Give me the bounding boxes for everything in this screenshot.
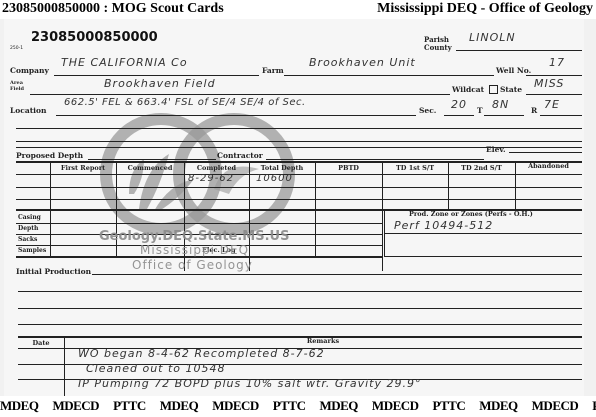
remark-row-3: IP Pumping 72 BOPD plus 10% salt wtr. Gr…	[78, 377, 421, 390]
company-value: THE CALIFORNIA Co	[61, 56, 188, 69]
col-td-2nd-st: TD 2nd S/T	[448, 164, 515, 172]
prod-zone-value: Perf 10494-512	[394, 219, 493, 232]
footer-item: MDECD	[52, 398, 99, 413]
r-value: 7E	[544, 98, 560, 111]
footer-item: PTTC	[113, 398, 146, 413]
col-td-1st-st: TD 1st S/T	[382, 164, 448, 172]
remark-row-1: WO began 8-4-62 Recompleted 8-7-62	[78, 347, 325, 360]
footer-item: MDEQ	[0, 398, 38, 413]
well-no-label: Well No.	[496, 66, 531, 75]
well-no-value: 17	[549, 56, 565, 69]
watermark-office: Office of Geology	[132, 258, 253, 272]
wildcat-checkbox	[489, 85, 498, 94]
sacks-label: Sacks	[18, 236, 37, 243]
contractor-label: Contractor	[217, 151, 263, 160]
company-label: Company	[10, 66, 49, 75]
r-label: R	[531, 106, 537, 115]
field-label: Field	[10, 87, 24, 92]
footer-item: MDECD	[372, 398, 419, 413]
page-title: 23085000850000 : MOG Scout Cards	[2, 1, 224, 17]
wildcat-label: Wildcat	[452, 85, 484, 94]
footer-item: MDEQ	[479, 398, 517, 413]
initial-production-label: Initial Production	[16, 267, 91, 276]
elev-label: Elev.	[486, 145, 506, 154]
watermark-url: Geology.DEQ.State.MS.US	[99, 229, 289, 244]
t-value: 8N	[492, 98, 509, 111]
footer-item: MDEQ	[319, 398, 357, 413]
col-first-report: First Report	[50, 164, 116, 172]
col-total-depth: Total Depth	[249, 164, 315, 172]
api-number: 23085000850000	[31, 30, 158, 45]
total-depth-value: 10600	[256, 173, 293, 184]
county-value: LINOLN	[469, 31, 516, 44]
col-pbtd: PBTD	[315, 164, 382, 172]
t-label: T	[477, 106, 483, 115]
sec-label: Sec.	[419, 106, 436, 115]
location-value: 662.5' FEL & 663.4' FSL of SE/4 SE/4 of …	[64, 97, 306, 108]
col-abandoned: Abandoned	[515, 162, 582, 170]
footer-item: MDECD	[212, 398, 259, 413]
casing-label: Casing	[18, 214, 41, 221]
state-value: MISS	[534, 77, 564, 90]
footer-item: PTTC	[273, 398, 306, 413]
farm-label: Farm	[262, 66, 284, 75]
col-commenced: Commenced	[116, 164, 184, 172]
footer-item: PTTC	[433, 398, 466, 413]
proposed-depth-label: Proposed Depth	[16, 151, 83, 160]
location-label: Location	[10, 106, 46, 115]
county-label: County	[424, 43, 452, 52]
remark-row-2: Cleaned out to 10548	[86, 362, 226, 375]
agency-title: Mississippi DEQ - Office of Geology	[377, 1, 593, 17]
footer-banner: MDEQMDECDPTTCMDEQMDECDPTTCMDEQMDECDPTTCM…	[0, 397, 596, 417]
col-completed: Completed	[184, 164, 249, 172]
completed-value: 8-29-62	[188, 173, 234, 184]
watermark-agency: Mississippi DEQ	[140, 243, 249, 257]
state-label: State	[500, 85, 522, 94]
sec-value: 20	[451, 98, 467, 111]
form-number: 250-1	[10, 46, 23, 51]
title-bar: 23085000850000 : MOG Scout Cards Mississ…	[0, 0, 596, 19]
field-value: Brookhaven Field	[104, 77, 216, 90]
prod-zone-label: Prod. Zone or Zones (Perfs - O.H.)	[409, 210, 533, 218]
footer-item: MDEQ	[160, 398, 198, 413]
farm-value: Brookhaven Unit	[309, 56, 416, 69]
footer-item: PTTC	[592, 398, 596, 413]
col-date: Date	[18, 339, 64, 347]
samples-label: Samples	[18, 247, 46, 254]
scout-card-image: 23085000850000 250-1 Parish County LINOL…	[0, 19, 596, 396]
footer-item: MDECD	[532, 398, 579, 413]
card-paper: 23085000850000 250-1 Parish County LINOL…	[4, 19, 584, 396]
depth-label: Depth	[18, 225, 38, 232]
col-remarks: Remarks	[64, 337, 582, 345]
